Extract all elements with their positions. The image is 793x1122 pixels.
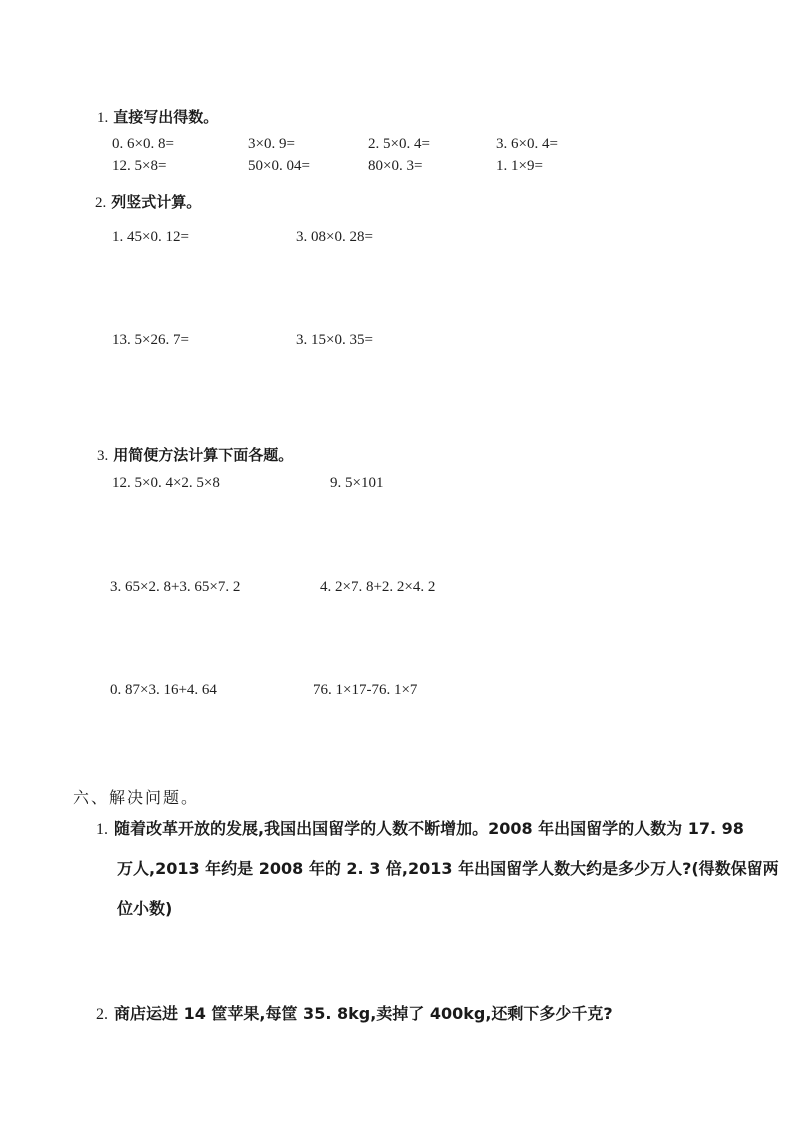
simplify-row-3: 0. 87×3. 16+4. 64 76. 1×17-76. 1×7	[110, 680, 417, 700]
section-1-heading: 1.直接写出得数。	[97, 106, 218, 127]
math-expression: 3. 65×2. 8+3. 65×7. 2	[110, 577, 320, 597]
problem-1-number: 1.	[96, 821, 108, 838]
math-expression: 12. 5×8=	[112, 156, 248, 176]
problem-2-text: 商店运进 14 筐苹果,每筐 35. 8kg,卖掉了 400kg,还剩下多少千克…	[114, 1004, 613, 1023]
math-expression: 0. 6×0. 8=	[112, 134, 248, 154]
section-2-heading: 2.列竖式计算。	[95, 191, 201, 212]
section-2-number: 2.	[95, 195, 106, 211]
problem-1-text-line-1: 随着改革开放的发展,我国出国留学的人数不断增加。2008 年出国留学的人数为 1…	[114, 819, 744, 838]
math-expression: 0. 87×3. 16+4. 64	[110, 680, 313, 700]
section-1-title: 直接写出得数。	[113, 108, 218, 126]
section-6-heading: 六、解决问题。	[73, 785, 199, 808]
math-expression: 9. 5×101	[330, 473, 383, 493]
word-problem-1-line-1: 1.随着改革开放的发展,我国出国留学的人数不断增加。2008 年出国留学的人数为…	[96, 816, 744, 839]
math-expression: 2. 5×0. 4=	[368, 134, 496, 154]
word-problem-1-line-2: 万人,2013 年约是 2008 年的 2. 3 倍,2013 年出国留学人数大…	[117, 856, 779, 879]
math-expression: 1. 1×9=	[496, 156, 543, 176]
column-calc-row-2: 13. 5×26. 7= 3. 15×0. 35=	[112, 330, 373, 350]
quick-calc-row-2: 12. 5×8= 50×0. 04= 80×0. 3= 1. 1×9=	[112, 156, 543, 176]
word-problem-2: 2.商店运进 14 筐苹果,每筐 35. 8kg,卖掉了 400kg,还剩下多少…	[96, 1001, 613, 1024]
math-expression: 13. 5×26. 7=	[112, 330, 296, 350]
quick-calc-row-1: 0. 6×0. 8= 3×0. 9= 2. 5×0. 4= 3. 6×0. 4=	[112, 134, 558, 154]
math-expression: 80×0. 3=	[368, 156, 496, 176]
column-calc-row-1: 1. 45×0. 12= 3. 08×0. 28=	[112, 227, 373, 247]
problem-2-number: 2.	[96, 1006, 108, 1023]
math-expression: 1. 45×0. 12=	[112, 227, 296, 247]
section-1-number: 1.	[97, 110, 108, 126]
math-expression: 50×0. 04=	[248, 156, 368, 176]
section-3-heading: 3.用简便方法计算下面各题。	[97, 444, 293, 465]
math-expression: 3. 08×0. 28=	[296, 227, 373, 247]
math-expression: 3. 15×0. 35=	[296, 330, 373, 350]
section-3-title: 用简便方法计算下面各题。	[113, 446, 293, 464]
simplify-row-1: 12. 5×0. 4×2. 5×8 9. 5×101	[112, 473, 383, 493]
section-3-number: 3.	[97, 448, 108, 464]
math-expression: 76. 1×17-76. 1×7	[313, 680, 417, 700]
math-expression: 4. 2×7. 8+2. 2×4. 2	[320, 577, 435, 597]
simplify-row-2: 3. 65×2. 8+3. 65×7. 2 4. 2×7. 8+2. 2×4. …	[110, 577, 435, 597]
math-expression: 12. 5×0. 4×2. 5×8	[112, 473, 330, 493]
word-problem-1-line-3: 位小数)	[117, 896, 172, 919]
worksheet-page: 1.直接写出得数。 0. 6×0. 8= 3×0. 9= 2. 5×0. 4= …	[0, 0, 793, 1122]
math-expression: 3. 6×0. 4=	[496, 134, 558, 154]
section-2-title: 列竖式计算。	[111, 193, 201, 211]
math-expression: 3×0. 9=	[248, 134, 368, 154]
